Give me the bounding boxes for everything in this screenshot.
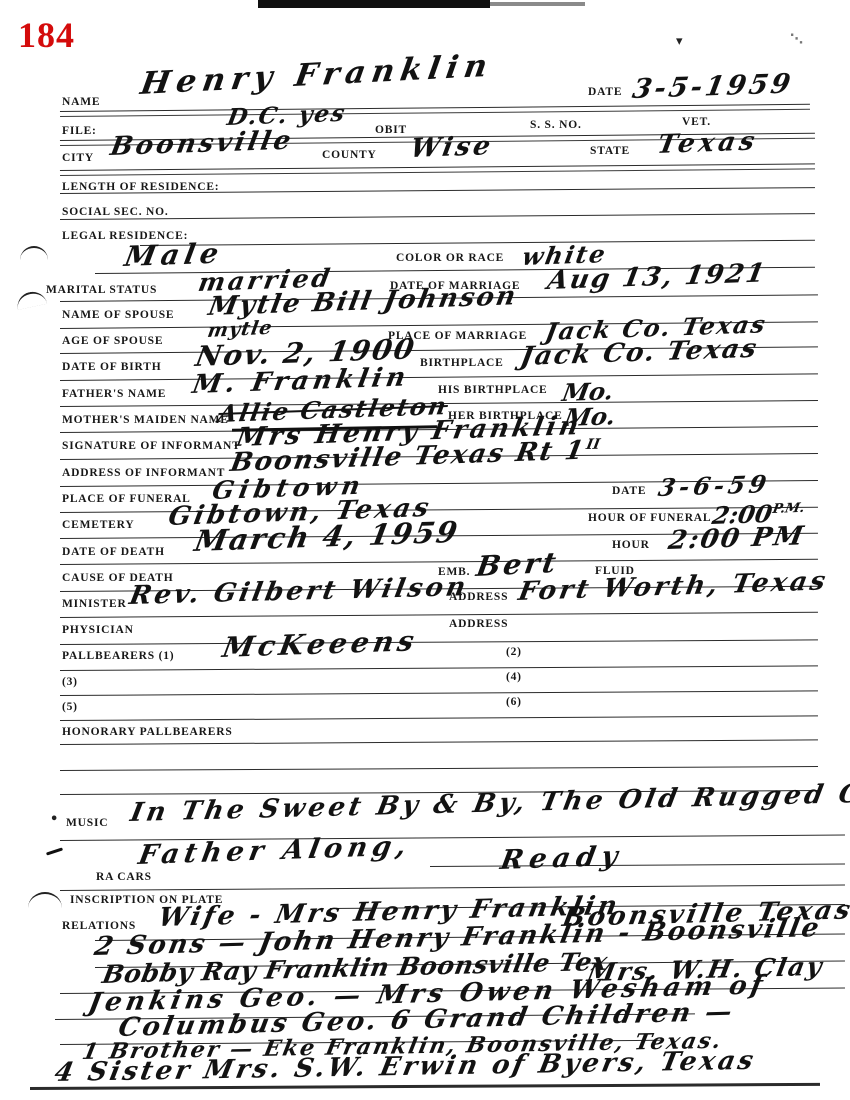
rule-line [140,240,815,246]
city-label: CITY [62,152,94,164]
length-of-residence-label: LENGTH OF RESIDENCE: [62,181,219,193]
date-of-birth-label: DATE OF BIRTH [62,361,161,373]
age-of-spouse-label: AGE OF SPOUSE [62,335,163,347]
rule-line [60,690,818,696]
birthplace-label: BIRTHPLACE [420,357,504,369]
pallbearers-6-label: (6) [506,696,522,708]
scan-artifact-curve-2 [15,289,47,310]
music-label: MUSIC [66,817,108,829]
record-date-value: 3-5-1959 [630,68,796,105]
minister-address-label: ADDRESS [449,591,508,603]
physician-label: PHYSICIAN [62,624,134,636]
scan-artifact-curve-1 [20,246,48,260]
address-superscript: II [585,437,601,453]
rule-line [60,665,818,671]
fathers-name-label: FATHER'S NAME [62,388,166,400]
rule-line [60,373,818,381]
name-value: Henry Franklin [138,48,496,102]
ssno-label: S. S. NO. [530,119,582,131]
funeral-date-value: 3-6-59 [656,469,773,502]
name-of-spouse-label: NAME OF SPOUSE [62,309,174,321]
pallbearers-5-label: (5) [62,701,78,713]
rule-line [60,213,815,220]
hour-of-funeral-superscript: P.M. [771,501,805,517]
county-value: Wise [408,131,496,164]
name-label: NAME [62,96,100,108]
record-date-label: DATE [588,86,622,98]
pallbearer-1-value: McKeeens [220,624,421,664]
rule-line [60,559,818,565]
scan-artifact-bullet: • [50,812,58,827]
rule-line [60,739,818,745]
pallbearers-3-label: (3) [62,676,78,688]
scan-artifact-top-bar-tail [490,2,585,6]
scan-artifact-curve-3 [28,892,62,908]
date-of-death-label: DATE OF DEATH [62,546,165,558]
scan-artifact-triangle: ▾ [676,34,683,49]
minister-address-value: Fort Worth, Texas [516,566,831,607]
social-sec-no-label: SOCIAL SEC. NO. [62,206,169,218]
rule-line [60,885,845,891]
city-value: Boonsville [108,126,296,162]
minister-label: MINISTER [62,598,127,610]
music-line2-right-value: Ready [498,841,626,876]
scan-artifact-top-bar [258,0,490,8]
hour-value: 2:00 PM [666,521,808,556]
scanned-funeral-record: ▾ ⋱ • 184 NAME Henry Franklin DATE 3-5-1… [0,0,850,1100]
county-label: COUNTY [322,149,377,161]
his-birthplace-label: HIS BIRTHPLACE [438,384,548,396]
minister-value: Rev. Gilbert Wilson [127,572,471,611]
rule-line [60,163,815,175]
cemetery-label: CEMETERY [62,519,134,531]
extra-cars-label: RA CARS [96,871,152,883]
music-line2-left-value: Father Along, [136,831,414,871]
page-number: 184 [18,14,75,56]
state-label: STATE [590,145,630,157]
obit-label: OBIT [375,124,407,136]
signature-of-informant-label: SIGNATURE OF INFORMANT [62,440,241,452]
physician-address-label: ADDRESS [449,618,508,630]
rule-line [60,612,818,618]
pallbearers-4-label: (4) [506,671,522,683]
hour-of-funeral-label: HOUR OF FUNERAL [588,512,711,524]
pallbearers-1-label: PALLBEARERS (1) [62,650,174,662]
rule-line [60,104,810,117]
vet-label: VET. [682,116,711,128]
color-or-race-label: COLOR OR RACE [396,252,504,264]
hour-label: HOUR [612,539,650,551]
rule-line [430,863,845,867]
scan-artifact-dots: ⋱ [790,32,803,47]
address-of-informant-label: ADDRESS OF INFORMANT [62,467,225,479]
relations-label: RELATIONS [62,920,136,932]
pallbearers-2-label: (2) [506,646,522,658]
rule-line [60,766,818,771]
rule-line [60,639,818,645]
date-of-marriage-value: Aug 13, 1921 [545,258,769,296]
marital-status-label: MARITAL STATUS [46,284,157,296]
file-label: FILE: [62,125,97,137]
music-line1-value: In The Sweet By & By, The Old Rugged Cro… [128,777,850,828]
honorary-pallbearers-label: HONORARY PALLBEARERS [62,726,233,738]
funeral-date-label: DATE [612,485,646,497]
rule-line [60,715,818,721]
scan-artifact-dash [46,847,63,855]
state-value: Texas [655,127,761,160]
mothers-maiden-name-label: MOTHER'S MAIDEN NAME [62,414,229,426]
